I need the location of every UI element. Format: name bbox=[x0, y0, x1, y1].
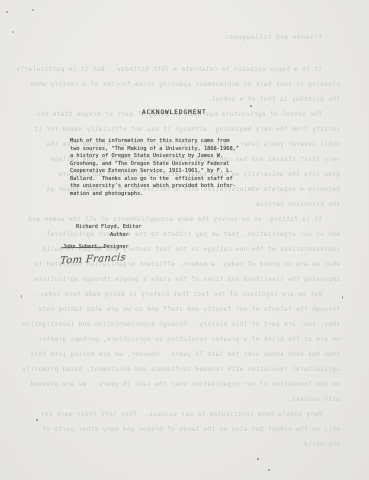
scan-speck bbox=[250, 105, 252, 107]
scan-speck bbox=[268, 469, 270, 471]
bleedthrough-line: improving the livelihood and lives of th… bbox=[30, 276, 340, 283]
bleedthrough-line: the world. bbox=[300, 441, 340, 448]
bleedthrough-line: pleasing to look back on achievement spa… bbox=[30, 81, 340, 88]
scan-speck bbox=[6, 11, 8, 13]
scan-speck bbox=[21, 295, 22, 298]
bleedthrough-line: the birthday is that of a school. bbox=[207, 96, 340, 103]
paragraph-line: Ballard. Thanks also go to the efficient… bbox=[70, 176, 239, 184]
bleedthrough-line: with success. bbox=[288, 396, 340, 403]
bleedthrough-salutation: Friends and Colleagues: bbox=[225, 34, 322, 41]
paragraph-line: mation and photographs. bbox=[70, 191, 239, 199]
scan-speck bbox=[12, 31, 14, 33]
bleedthrough-text-layer: Friends and Colleagues: It is a happy oc… bbox=[0, 0, 369, 480]
credit-editor: Richard Floyd, Editor bbox=[76, 224, 142, 230]
scan-speck bbox=[32, 9, 34, 11]
bleedthrough-line: on the foundation of our organization ov… bbox=[30, 381, 340, 388]
scan-speck bbox=[342, 296, 343, 299]
scan-speck bbox=[36, 419, 38, 421]
scanned-page: Friends and Colleagues: It is a happy oc… bbox=[0, 0, 369, 480]
bleedthrough-line: they, too, are part of this history. Thr… bbox=[22, 321, 340, 328]
paragraph-line: Much of the information for this history… bbox=[70, 138, 239, 146]
credit-author: Author bbox=[110, 232, 129, 238]
acknowledgment-paragraph: Much of the information for this history… bbox=[70, 138, 239, 198]
bleedthrough-line: Many people have contributed to our succ… bbox=[40, 411, 322, 418]
paragraph-line: the university's archives which provided… bbox=[70, 183, 239, 191]
bleedthrough-line: It is fitting, as we survey the many acc… bbox=[28, 216, 322, 223]
paragraph-line: Groshong, and "The Oregon State Universi… bbox=[70, 161, 239, 169]
bleedthrough-line: men of our organization, that we pay tri… bbox=[46, 231, 340, 238]
paragraph-line: Cooperative Extension Service, 1911-1961… bbox=[70, 168, 239, 176]
bleedthrough-line: the Extension Service. bbox=[251, 201, 340, 208]
bleedthrough-line: through the talents of our faculty and s… bbox=[38, 306, 340, 313]
bleedthrough-line: versity from the very beginning, althoug… bbox=[34, 126, 340, 133]
paragraph-line: two sources, "The Making of a University… bbox=[70, 146, 239, 154]
bleedthrough-line: we are at the brink of a greater revolut… bbox=[34, 336, 340, 343]
bleedthrough-line: It is a happy occasion to celebrate a 75… bbox=[16, 66, 322, 73]
bleedthrough-line: But we are cognizant of the fact that hi… bbox=[32, 291, 322, 298]
paragraph-line: a history of Oregon State University by … bbox=[70, 153, 239, 161]
scan-speck bbox=[257, 458, 259, 460]
bleedthrough-line: agricultural revolution with renewed con… bbox=[22, 366, 340, 373]
page-title: ACKNOWLEDGMENT bbox=[142, 109, 207, 116]
bleedthrough-line: than has been known over the last 75 yea… bbox=[30, 351, 340, 358]
bleedthrough-line: only on the school but also on the lands… bbox=[42, 426, 340, 433]
